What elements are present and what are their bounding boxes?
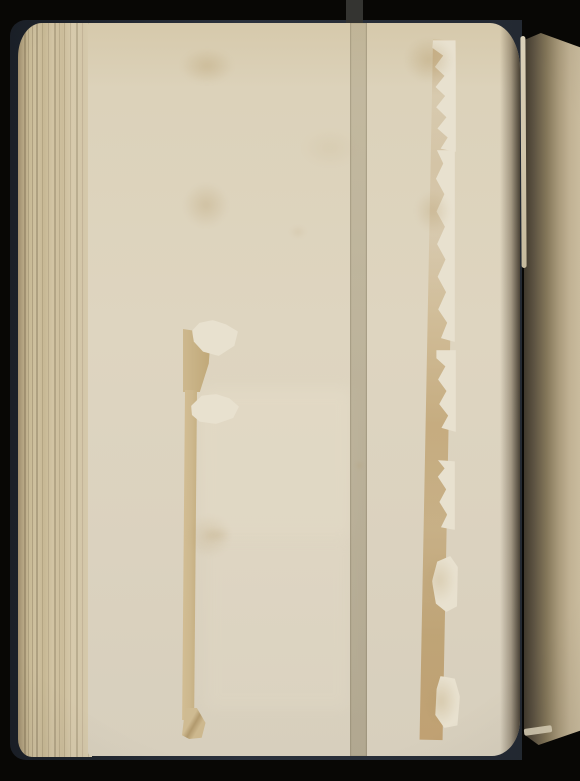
left-tape-residue-end — [182, 708, 206, 739]
residue-spot — [424, 676, 458, 726]
residue-spot — [180, 48, 234, 84]
page-edge-line — [59, 23, 60, 757]
page-edge-line — [28, 23, 29, 757]
residue-spot — [415, 190, 451, 232]
page-edge-line — [54, 23, 56, 757]
page-edge-line — [32, 23, 33, 757]
blank-scrapbook-page — [88, 23, 520, 756]
residue-spot — [300, 128, 360, 168]
residue-spot — [356, 462, 363, 469]
photo-frame — [0, 0, 580, 781]
page-edge-line — [24, 23, 26, 757]
page-edge-line — [64, 23, 65, 757]
page-edge-line — [76, 23, 78, 757]
scanner-strap-tab — [346, 0, 363, 23]
page-edge-line — [82, 23, 83, 757]
page-edge-line — [42, 23, 43, 757]
page-edge-line — [36, 23, 38, 757]
residue-spot — [405, 38, 453, 82]
residue-spot — [422, 556, 456, 604]
page-stack-fore-edge — [18, 23, 92, 757]
removed-item-ghost — [205, 540, 350, 710]
residue-spot — [183, 182, 229, 228]
page-edge-line — [70, 23, 71, 757]
residue-spot — [290, 226, 306, 238]
residue-spot — [203, 527, 231, 543]
gutter-crease-shadow — [500, 23, 520, 756]
page-edge-line — [48, 23, 49, 757]
facing-page — [524, 33, 580, 745]
